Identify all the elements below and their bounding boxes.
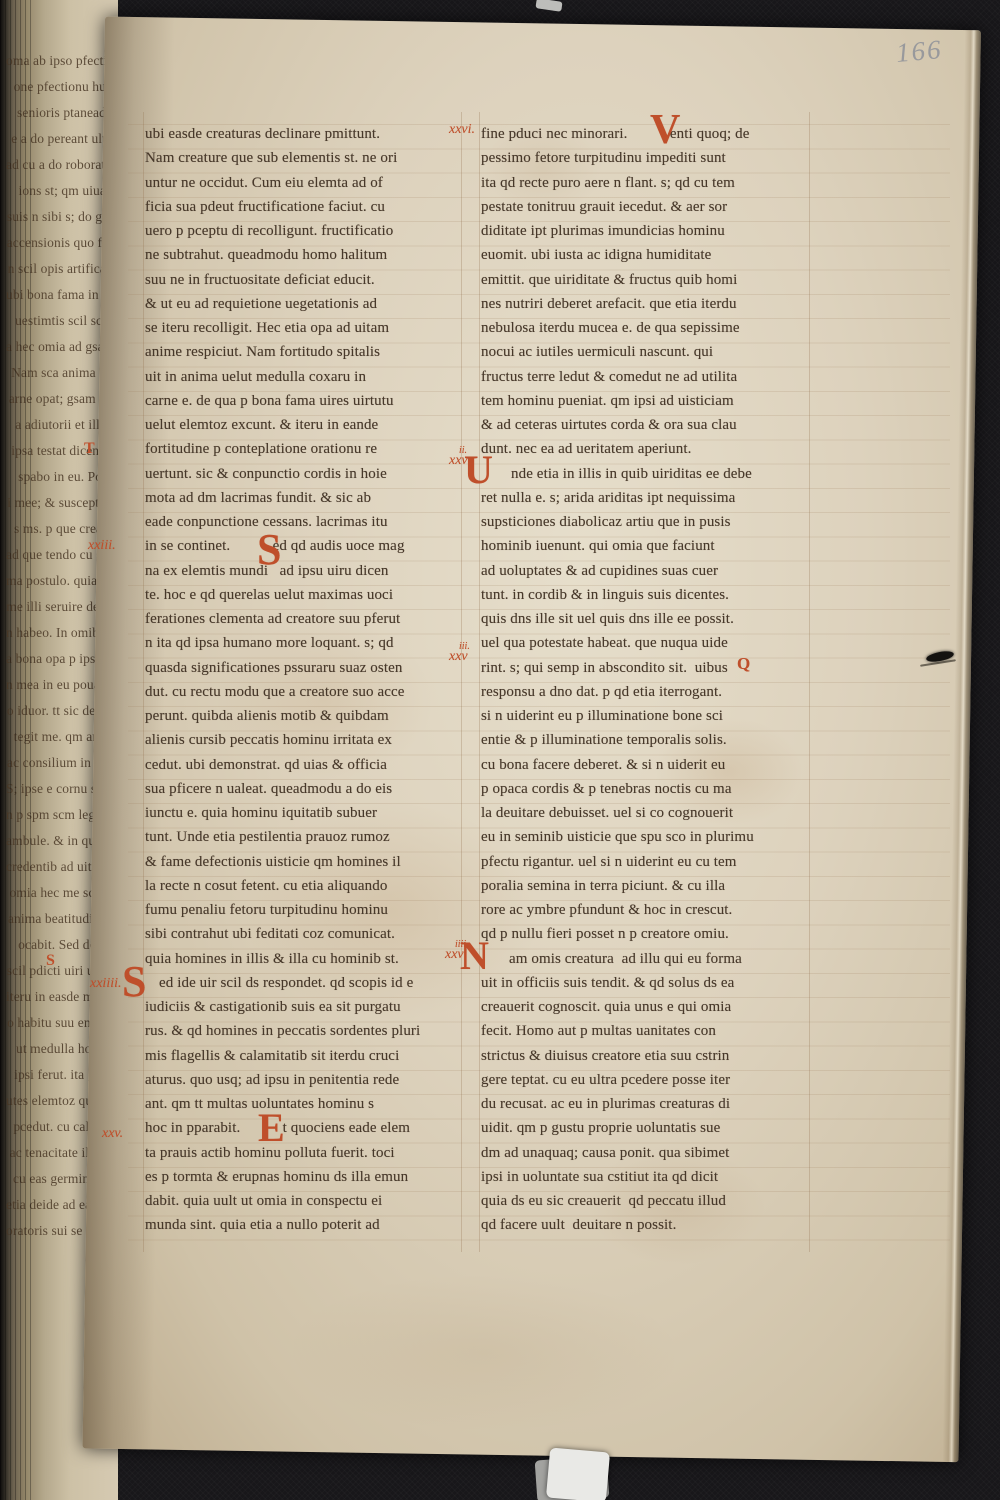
rubric-initial: E: [258, 1110, 285, 1146]
chapter-number: xxv.: [102, 1128, 123, 1140]
rubric-initial: T: [84, 440, 95, 458]
text-line: la recte n cosut fetent. cu etia aliquan…: [145, 874, 480, 898]
text-line: tem hominu pueniat. qm ipsi ad uisticiam: [481, 389, 816, 413]
text-line: la deuitare debuisset. uel si co cognoue…: [481, 801, 816, 825]
text-line: cu bona facere deberet. & si n uiderit e…: [481, 753, 816, 777]
text-line: uel qua potestate habeat. que nuqua uide: [481, 631, 816, 655]
text-line: ficia sua pdeut fructificatione faciut. …: [145, 195, 480, 219]
text-line: hoc in pparabit. t quociens eade elem: [145, 1116, 480, 1140]
chapter-number-superscript: iiii.: [455, 940, 469, 949]
text-line: dabit. quia uult ut omia in conspectu ei: [145, 1189, 480, 1213]
text-line: supsticiones diabolicaz artiu que in pus…: [481, 510, 816, 534]
ruling-vertical: [143, 112, 144, 1252]
text-line: perunt. quibda alienis motib & quibdam: [145, 704, 480, 728]
text-line: dut. cu rectu modu que a creatore suo ac…: [145, 680, 480, 704]
text-line: fumu penaliu fetoru turpitudinu hominu: [145, 898, 480, 922]
text-line: pestate tonitruu grauit iecedut. & aer s…: [481, 195, 816, 219]
text-line: uelut elemtoz excunt. & iteru in eande: [145, 413, 480, 437]
text-line: pessimo fetore turpitudinu impediti sunt: [481, 146, 816, 170]
text-line: nes nutriri deberet arefacit. que etia i…: [481, 292, 816, 316]
text-line: untur ne occidut. Cum eiu elemta ad of: [145, 171, 480, 195]
chapter-number: iii.xxv: [449, 642, 470, 663]
text-line: & fame defectionis uisticie qm homines i…: [145, 850, 480, 874]
text-line: fine pduci nec minorari. enti quoq; de: [481, 122, 816, 146]
text-line: mis flagellis & calamitatib sit iterdu c…: [145, 1044, 480, 1068]
rubric-initial: S: [257, 530, 281, 570]
rubric-initial: S: [122, 962, 146, 1002]
text-line: ret nulla e. s; arida ariditas ipt nequi…: [481, 486, 816, 510]
text-line: eu in seminib uisticie que spu sco in pl…: [481, 825, 816, 849]
text-line: tunt. Unde etia pestilentia prauoz rumoz: [145, 825, 480, 849]
text-line: suu ne in fructuositate deficiat educit.: [145, 268, 480, 292]
rubric-initial: V: [650, 112, 680, 150]
text-line: sibi contrahut ubi feditati coz comunica…: [145, 922, 480, 946]
text-line: dunt. nec ea ad ueritatem aperiunt.: [481, 437, 816, 461]
text-line: eade conpunctione cessans. lacrimas itu: [145, 510, 480, 534]
text-line: carne e. de qua p bona fama uires uirtut…: [145, 389, 480, 413]
text-line: se iteru recolligit. Hec etia opa ad uit…: [145, 316, 480, 340]
text-line: nde etia in illis in quib uiriditas ee d…: [481, 462, 816, 486]
text-line: na ex elemtis mundi ad ipsu uiru dicen: [145, 559, 480, 583]
text-line: uero p pceptu di recolligunt. fructifica…: [145, 219, 480, 243]
text-line: diditate ipt plurimas imundicias hominu: [481, 219, 816, 243]
text-line: si n uiderint eu p illuminatione bone sc…: [481, 704, 816, 728]
text-line: aturus. quo usq; ad ipsu in penitentia r…: [145, 1068, 480, 1092]
text-line: hominib iuenunt. qui omia que faciunt: [481, 534, 816, 558]
text-line: uit in anima uelut medulla coxaru in: [145, 365, 480, 389]
text-line: n ita qd ipsa humano more loquant. s; qd: [145, 631, 480, 655]
chapter-number: xxiiii.: [90, 978, 122, 990]
text-line: munda sint. quia etia a nullo poterit ad: [145, 1213, 480, 1237]
chapter-number-superscript: iii.: [459, 642, 470, 651]
text-line: alienis cursib peccatis hominu irritata …: [145, 728, 480, 752]
text-line: ant. qm tt multas uoluntates hominu s: [145, 1092, 480, 1116]
text-line: uertunt. sic & conpunctio cordis in hoie: [145, 462, 480, 486]
page-holder-clip-front: [546, 1447, 610, 1500]
rubric-initial: U: [464, 452, 493, 488]
text-line: iudiciis & castigationib suis ea sit pur…: [145, 995, 480, 1019]
text-line: quasda significationes pssuraru suaz ost…: [145, 656, 480, 680]
text-line: p opaca cordis & p tenebras noctis cu ma: [481, 777, 816, 801]
text-line: ferationes clementa ad creatore suu pfer…: [145, 607, 480, 631]
text-line: & ad ceteras uirtutes corda & ora sua cl…: [481, 413, 816, 437]
text-line: nocui ac iutiles uermiculi nascunt. qui: [481, 340, 816, 364]
text-line: am omis creatura ad illu qui eu forma: [481, 947, 816, 971]
text-line: quis dns ille sit uel quis dns ille ee p…: [481, 607, 816, 631]
chapter-number-superscript: ii.: [459, 446, 468, 455]
text-line: dm ad unaquaq; causa ponit. qua sibimet: [481, 1141, 816, 1165]
text-line: es p tormta & erupnas hominu ds illa emu…: [145, 1165, 480, 1189]
text-line: Nam creature que sub elementis st. ne or…: [145, 146, 480, 170]
text-line: strictus & diuisus creatore etia suu cst…: [481, 1044, 816, 1068]
chapter-number: xxvi.: [449, 124, 475, 136]
chapter-number: ii.xxv: [449, 446, 468, 467]
right-text-column: fine pduci nec minorari. enti quoq; depe…: [481, 122, 816, 1238]
rubric-initial: Q: [737, 656, 750, 671]
text-line: te. hoc e qd querelas uelut maximas uoci: [145, 583, 480, 607]
text-line: anime respiciut. Nam fortitudo spitalis: [145, 340, 480, 364]
text-line: ne subtrahut. queadmodu homo halitum: [145, 243, 480, 267]
text-line: ad uoluptates & ad cupidines suas cuer: [481, 559, 816, 583]
text-line: mota ad dm lacrimas fundit. & sic ab: [145, 486, 480, 510]
chapter-number: iiii.xxv: [445, 940, 469, 961]
text-line: uit in officiis suis tendit. & qd solus …: [481, 971, 816, 995]
text-line: du recusat. ac eu in plurimas creaturas …: [481, 1092, 816, 1116]
text-line: pfectu rigantur. uel si n uiderint eu cu…: [481, 850, 816, 874]
text-line: ubi easde creaturas declinare pmittunt.: [145, 122, 480, 146]
rubric-initial: S: [46, 952, 55, 970]
text-line: emittit. que uiriditate & fructus quib h…: [481, 268, 816, 292]
text-line: tunt. in cordib & in linguis suis dicent…: [481, 583, 816, 607]
text-line: uidit. qm p gustu proprie uoluntatis sue: [481, 1116, 816, 1140]
text-line: rus. & qd homines in peccatis sordentes …: [145, 1019, 480, 1043]
text-line: sua pficere n ualeat. queadmodu a do eis: [145, 777, 480, 801]
text-line: iunctu e. quia hominu iquitatib subuer: [145, 801, 480, 825]
text-line: ipsi in uoluntate sua cstitiut ita qd di…: [481, 1165, 816, 1189]
text-line: creauerit cognoscit. quia unus e qui omi…: [481, 995, 816, 1019]
page-content: 166 ubi easde creaturas declinare pmittu…: [0, 0, 1000, 1500]
text-line: fructus terre ledut & comedut ne ad util…: [481, 365, 816, 389]
text-line: fortitudine p conteplatione orationu re: [145, 437, 480, 461]
text-line: entie & p illuminatione temporalis solis…: [481, 728, 816, 752]
text-line: in se continet. ed qd audis uoce mag: [145, 534, 480, 558]
text-line: fecit. Homo aut p multas uanitates con: [481, 1019, 816, 1043]
text-line: ita qd recte puro aere n flant. s; qd cu…: [481, 171, 816, 195]
left-text-column: ubi easde creaturas declinare pmittunt.N…: [145, 122, 480, 1238]
text-line: ta prauis actib hominu polluta fuerit. t…: [145, 1141, 480, 1165]
text-line: quia ds eu sic creauerit qd peccatu illu…: [481, 1189, 816, 1213]
text-line: rint. s; qui semp in abscondito sit. uib…: [481, 656, 816, 680]
text-line: responsu a dno dat. p qd etia iterrogant…: [481, 680, 816, 704]
text-line: nebulosa iterdu mucea e. de qua sepissim…: [481, 316, 816, 340]
folio-number: 166: [895, 34, 944, 69]
text-line: euomit. ubi iusta ac idigna humiditate: [481, 243, 816, 267]
text-line: rore ac ymbre pfundunt & hoc in crescut.: [481, 898, 816, 922]
text-line: gere teptat. cu eu ultra pcedere posse i…: [481, 1068, 816, 1092]
text-line: qd facere uult deuitare n possit.: [481, 1213, 816, 1237]
text-line: poralia semina in terra piciunt. & cu il…: [481, 874, 816, 898]
text-line: ed ide uir scil ds respondet. qd scopis …: [145, 971, 480, 995]
text-line: qd p nullu fieri posset n p creatore omi…: [481, 922, 816, 946]
chapter-number: xxiii.: [88, 540, 116, 552]
text-line: quia homines in illis & illa cu hominib …: [145, 947, 480, 971]
text-line: & ut eu ad requietione uegetationis ad: [145, 292, 480, 316]
text-line: cedut. ubi demonstrat. qd uias & officia: [145, 753, 480, 777]
